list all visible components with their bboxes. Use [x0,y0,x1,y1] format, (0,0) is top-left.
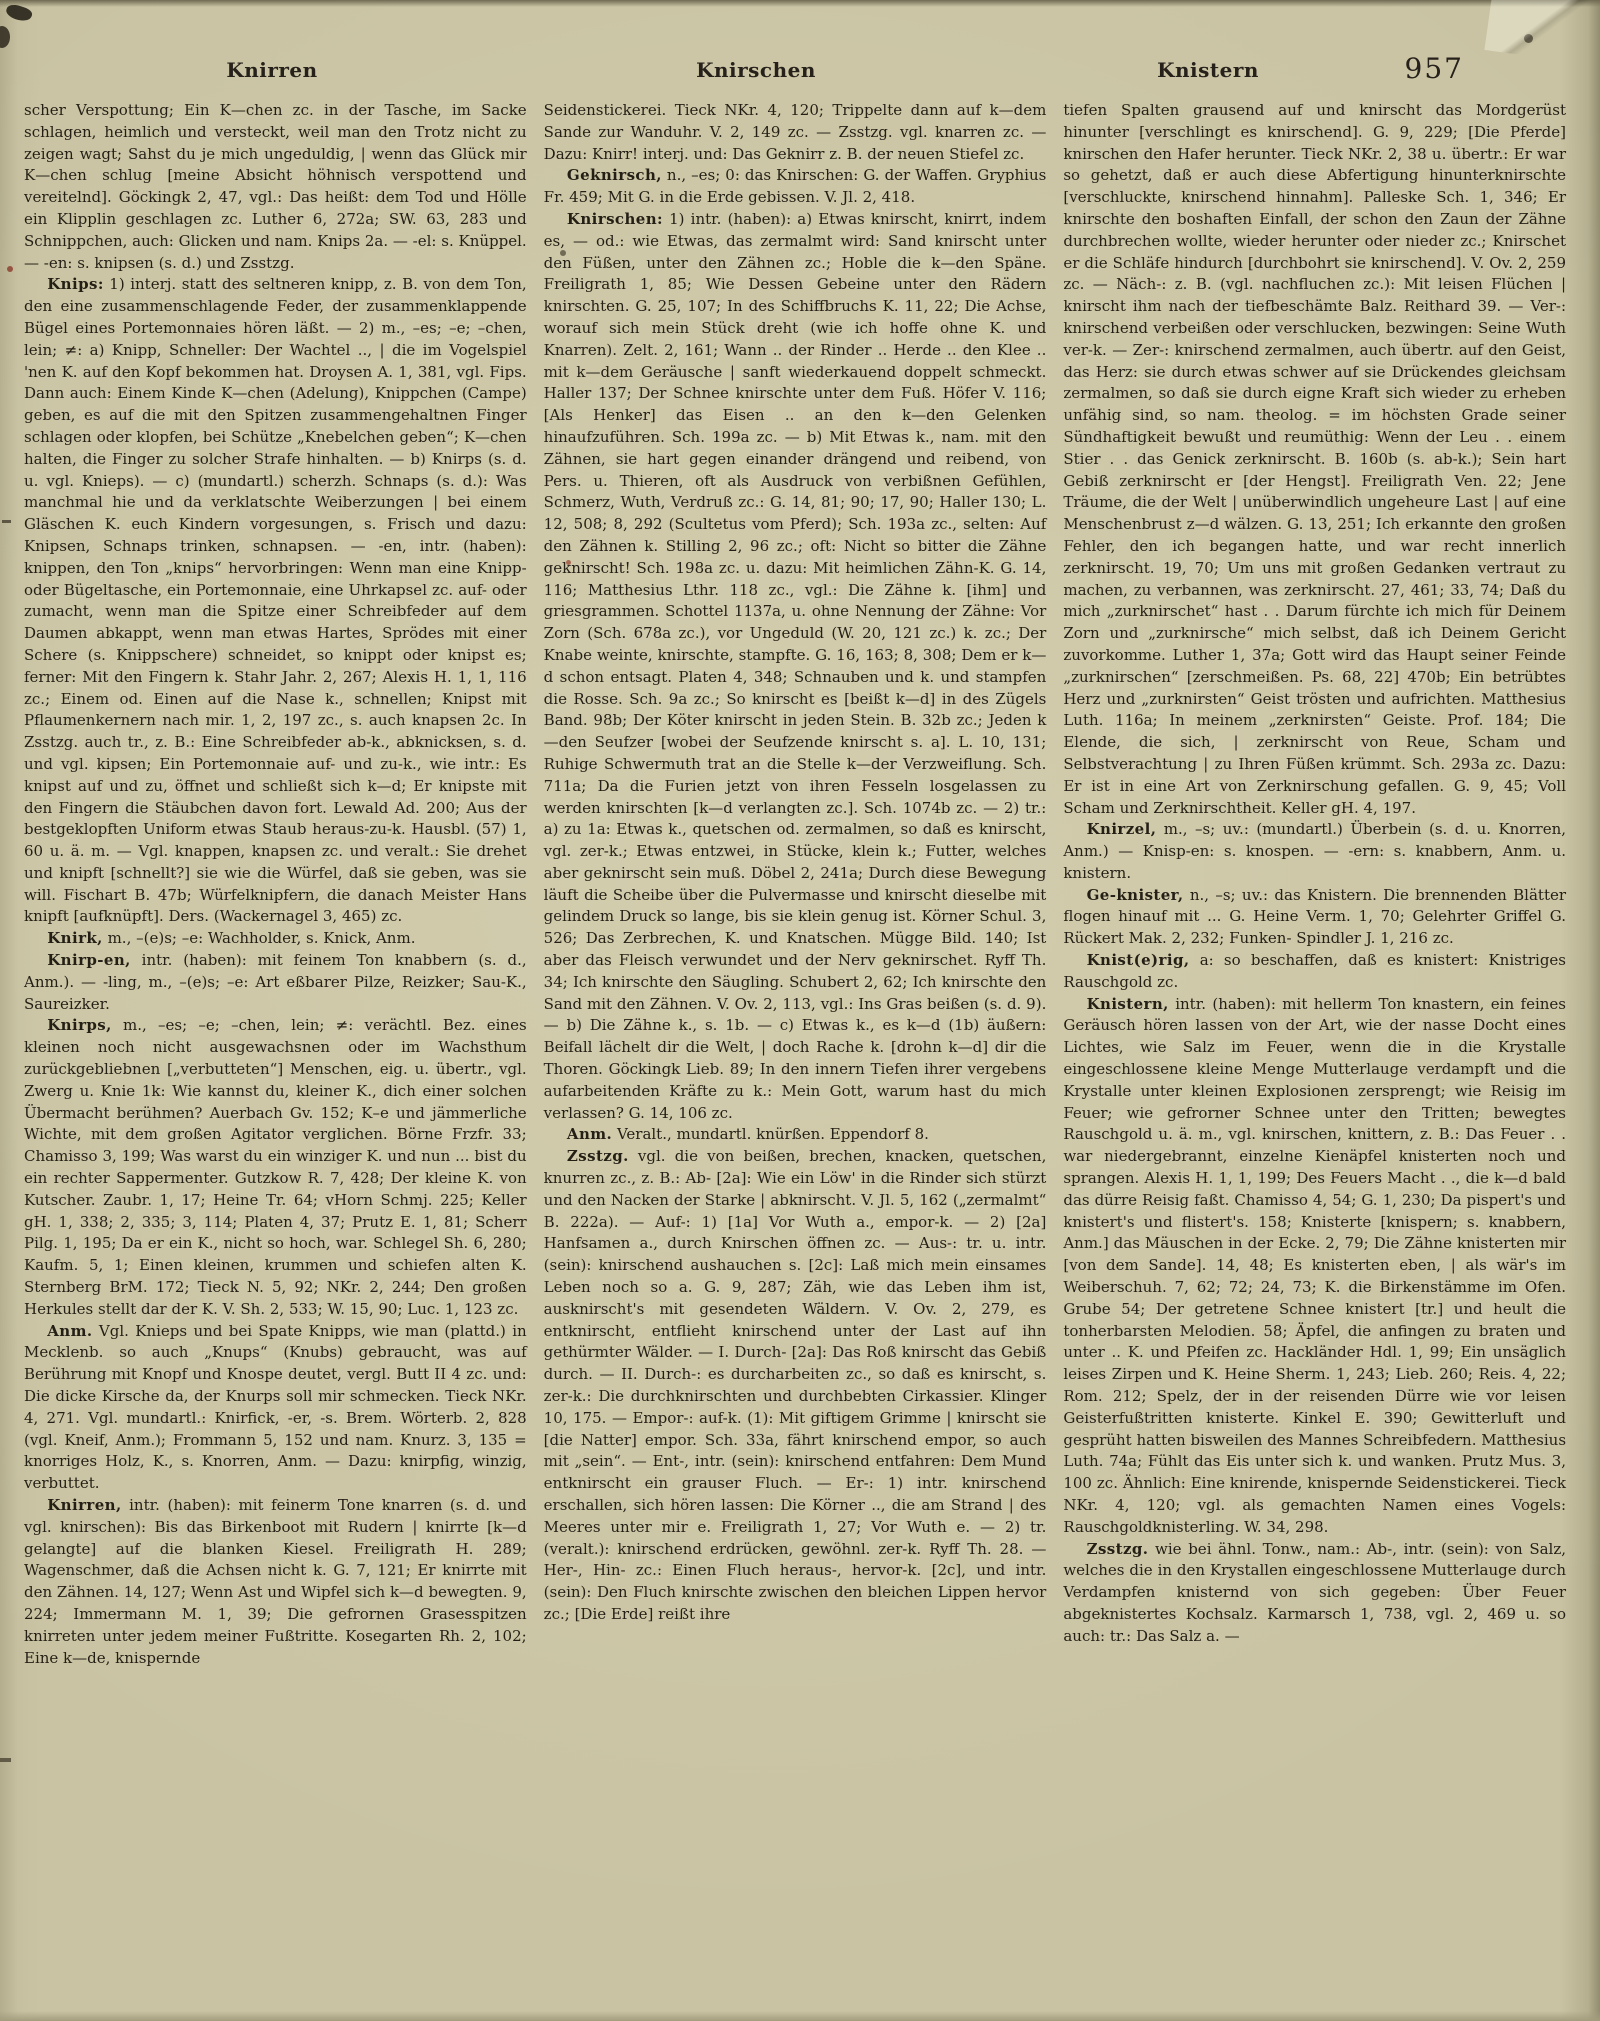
paragraph: Anm. Vgl. Knieps und bei Spate Knipps, w… [24,1321,527,1495]
headword: Knips: [47,275,104,293]
paragraph: Knirp-en, intr. (haben): mit feinem Ton … [24,950,527,1015]
headword: Knirschen: [567,210,663,228]
headword: Knistern, [1087,995,1169,1013]
paragraph: Zsstzg. vgl. die von beißen, brechen, kn… [544,1146,1047,1626]
paragraph: Seidenstickerei. Tieck NKr. 4, 120; Trip… [544,100,1047,165]
page-fold-artifact [1484,0,1600,69]
headword: Geknirsch, [567,166,662,184]
paragraph: Anm. Veralt., mundartl. knürßen. Eppendo… [544,1124,1047,1146]
headword: Ge-knister, [1087,886,1184,904]
headword: Knirzel, [1087,820,1157,838]
headword: Knirren, [47,1496,121,1514]
speck-artifact [1524,34,1533,43]
paragraph: Knirschen: 1) intr. (haben): a) Etwas kn… [544,209,1047,1124]
margin-mark-artifact [0,1758,11,1762]
red-speck-artifact [7,266,13,272]
paragraph: tiefen Spalten grausend auf und knirscht… [1063,100,1566,819]
paragraph: Geknirsch, n., –es; 0: das Knirschen: G.… [544,165,1047,209]
paragraph: Knirzel, m., –s; uv.: (mundartl.) Überbe… [1063,819,1566,884]
paragraph: Ge-knister, n., –s; uv.: das Knistern. D… [1063,885,1566,950]
headword: Knist(e)rig, [1087,951,1190,969]
running-head-right: Knistern [1157,58,1259,82]
paragraph: Knist(e)rig, a: so beschaffen, daß es kn… [1063,950,1566,994]
text-column-left: scher Verspottung; Ein K—chen zc. in der… [24,100,527,1669]
running-head-left: Knirren [226,58,317,82]
headword: Knirk, [47,929,103,947]
paragraph: Knistern, intr. (haben): mit hellerm Ton… [1063,994,1566,1539]
paragraph: Knirren, intr. (haben): mit feinerm Tone… [24,1495,527,1669]
running-head-center: Knirschen [696,58,816,82]
paragraph: Zsstzg. wie bei ähnl. Tonw., nam.: Ab-, … [1063,1539,1566,1648]
text-column-right: tiefen Spalten grausend auf und knirscht… [1063,100,1566,1648]
text-column-center: Seidenstickerei. Tieck NKr. 4, 120; Trip… [544,100,1047,1626]
headword: Zsstzg. [1087,1540,1149,1558]
ink-blot-artifact [0,26,10,48]
dictionary-page: Knirren Knirschen Knistern 957 scher Ver… [0,0,1600,2021]
page-number: 957 [1405,52,1464,85]
ink-blot-artifact [4,2,33,23]
paragraph: Knips: 1) interj. statt des seltneren kn… [24,274,527,928]
margin-mark-artifact [2,520,11,523]
headword: Zsstzg. [567,1147,629,1165]
headword: Anm. [567,1125,612,1143]
headword: Anm. [47,1322,92,1340]
paragraph: Knirps, m., –es; –e; –chen, lein; ≠: ver… [24,1015,527,1320]
headword: Knirp-en, [47,951,131,969]
text-block: scher Verspottung; Ein K—chen zc. in der… [24,100,1566,1669]
paragraph: scher Verspottung; Ein K—chen zc. in der… [24,100,527,274]
headword: Knirps, [47,1016,112,1034]
paragraph: Knirk, m., –(e)s; –e: Wachholder, s. Kni… [24,928,527,950]
